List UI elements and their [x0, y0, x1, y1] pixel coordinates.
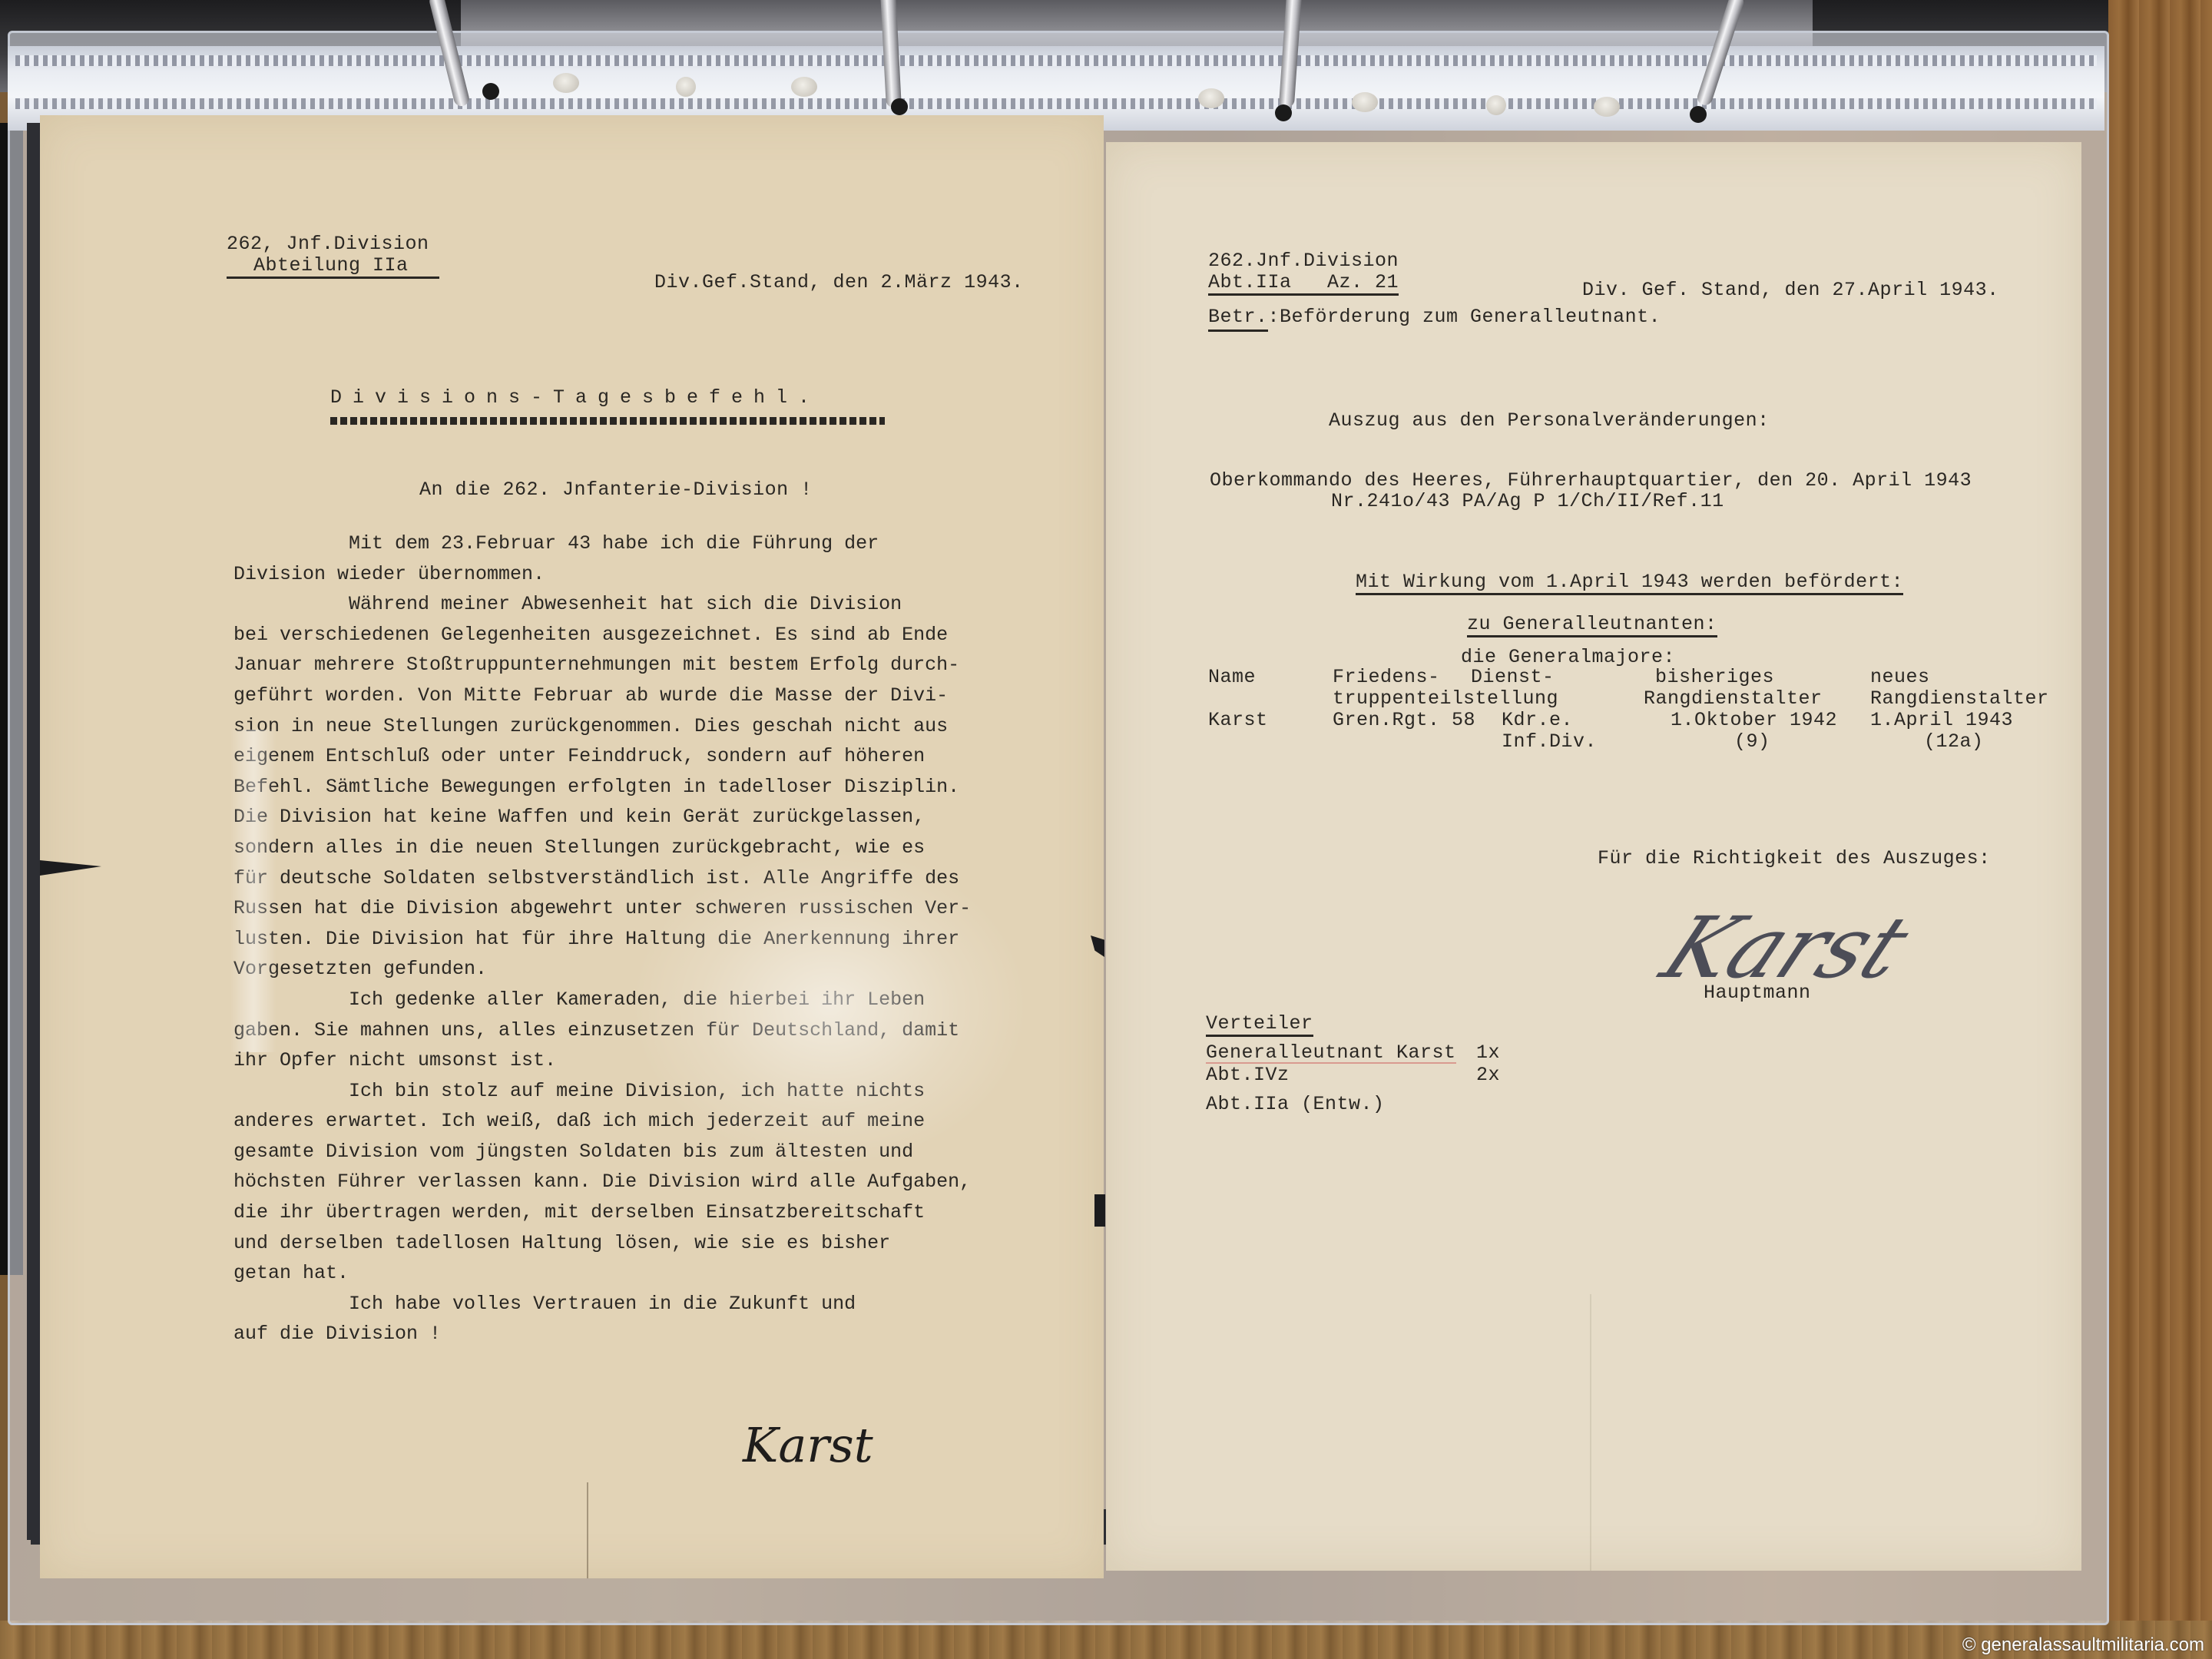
- copyright-watermark: © generalassaultmilitaria.com: [1962, 1634, 2204, 1656]
- punch-hole: [1486, 95, 1506, 115]
- body-line: Ich gedenke aller Kameraden, die hierbei…: [233, 985, 971, 1015]
- binder-ring-tip: [891, 98, 908, 115]
- col-header-prev-seniority-1: bisheriges: [1655, 667, 1774, 687]
- title-double-underline: [330, 417, 885, 425]
- signer-rank: Hauptmann: [1704, 983, 1811, 1002]
- cell-position-2: Inf.Div.: [1502, 732, 1597, 751]
- body-line: Ich habe volles Vertrauen in die Zukunft…: [233, 1289, 971, 1320]
- unit-header: 262, Jnf.Division: [227, 234, 429, 253]
- wooden-table-bottom: [0, 1621, 2212, 1659]
- body-line: getan hat.: [233, 1258, 971, 1289]
- body-line: die ihr übertragen werden, mit derselben…: [233, 1197, 971, 1228]
- body-line: Befehl. Sämtliche Bewegungen erfolgten i…: [233, 772, 971, 803]
- col-header-prev-seniority-2: Rangdienstalter: [1644, 689, 1823, 708]
- sleeve-weld-line-bottom: [15, 98, 2097, 109]
- distribution-recipient: Abt.IVz: [1206, 1065, 1290, 1084]
- document-befoerderung: 262.Jnf.Division Abt.IIa Az. 21 Div. Gef…: [1106, 142, 2081, 1571]
- body-line: anderes erwartet. Ich weiß, daß ich mich…: [233, 1106, 971, 1137]
- punch-hole: [676, 77, 696, 97]
- cell-unit: Gren.Rgt. 58: [1333, 710, 1475, 730]
- paper-tear: [1094, 1194, 1105, 1227]
- department-header: Abteilung IIa: [227, 256, 439, 279]
- punch-hole: [1352, 92, 1378, 112]
- punch-hole: [1198, 88, 1224, 108]
- body-line: Während meiner Abwesenheit hat sich die …: [233, 589, 971, 620]
- sleeve-weld-line-top: [15, 55, 2097, 66]
- cell-prev-seniority: 1.Oktober 1942: [1671, 710, 1837, 730]
- authority-line-1: Oberkommando des Heeres, Führerhauptquar…: [1210, 471, 1972, 490]
- body-line: gesamte Division vom jüngsten Soldaten b…: [233, 1137, 971, 1167]
- body-line: eigenem Entschluß oder unter Feinddruck,…: [233, 741, 971, 772]
- department-header: Abt.IIa Az. 21: [1208, 273, 1399, 296]
- body-line: Mit dem 23.Februar 43 habe ich die Führu…: [233, 528, 971, 559]
- subject-text: :Beförderung zum Generalleutnant.: [1268, 306, 1661, 328]
- body-line: auf die Division !: [233, 1319, 971, 1349]
- cell-position-1: Kdr.e.: [1502, 710, 1573, 730]
- col-header-position-2: stellung: [1463, 689, 1558, 708]
- cell-name: Karst: [1208, 710, 1268, 730]
- body-line: sondern alles in die neuen Stellungen zu…: [233, 833, 971, 863]
- wooden-table-right: [2108, 0, 2212, 1659]
- body-line: Vorgesetzten gefunden.: [233, 954, 971, 985]
- body-line: lusten. Die Division hat für ihre Haltun…: [233, 924, 971, 955]
- effective-date-line: Mit Wirkung vom 1.April 1943 werden befö…: [1356, 572, 1903, 595]
- body-line: höchsten Führer verlassen kann. Die Divi…: [233, 1167, 971, 1197]
- paper-fold-line: [587, 1482, 588, 1578]
- subject-label: Betr.: [1208, 306, 1268, 332]
- col-header-new-seniority-2: Rangdienstalter: [1870, 689, 2049, 708]
- subject-line: Betr.:Beförderung zum Generalleutnant.: [1208, 307, 1661, 326]
- body-line: Russen hat die Division abgewehrt unter …: [233, 893, 971, 924]
- place-date: Div. Gef. Stand, den 27.April 1943.: [1582, 280, 1999, 300]
- col-header-position-1: Dienst-: [1471, 667, 1555, 687]
- body-line: Januar mehrere Stoßtruppunternehmungen m…: [233, 650, 971, 680]
- distribution-recipient: Generalleutnant Karst: [1206, 1043, 1456, 1064]
- body-line: Ich bin stolz auf meine Division, ich ha…: [233, 1076, 971, 1107]
- col-header-unit-2: truppenteil: [1333, 689, 1464, 708]
- body-line: und derselben tadellosen Haltung lösen, …: [233, 1228, 971, 1259]
- punch-hole: [1594, 97, 1620, 117]
- col-header-new-seniority-1: neues: [1870, 667, 1930, 687]
- certification-line: Für die Richtigkeit des Auszuges:: [1598, 849, 1991, 868]
- salutation: An die 262. Jnfanterie-Division !: [419, 480, 813, 499]
- cell-new-seniority-number: (12a): [1924, 732, 1984, 751]
- body-line: geführt worden. Von Mitte Februar ab wur…: [233, 680, 971, 711]
- document-divisions-tagesbefehl: 262, Jnf.Division Abteilung IIa Div.Gef.…: [40, 115, 1104, 1578]
- binder-ring-tip: [482, 83, 499, 100]
- body-line: bei verschiedenen Gelegenheiten ausgezei…: [233, 620, 971, 651]
- body-line: sion in neue Stellungen zurückgenommen. …: [233, 711, 971, 742]
- body-line: ihr Opfer nicht umsonst ist.: [233, 1045, 971, 1076]
- document-title: Divisions-Tagesbefehl.: [330, 388, 820, 407]
- rank-from: die Generalmajore:: [1461, 647, 1675, 667]
- rank-to: zu Generalleutnanten:: [1467, 614, 1717, 637]
- body-line: für deutsche Soldaten selbstverständlich…: [233, 863, 971, 894]
- punch-hole: [791, 77, 817, 97]
- extract-title: Auszug aus den Personalveränderungen:: [1329, 411, 1770, 430]
- body-line: Die Division hat keine Waffen und kein G…: [233, 802, 971, 833]
- binder-ring-tip: [1690, 106, 1707, 123]
- distribution-title: Verteiler: [1206, 1014, 1313, 1037]
- signature-karst: Karst: [743, 1417, 873, 1473]
- place-date: Div.Gef.Stand, den 2.März 1943.: [654, 273, 1024, 292]
- unit-header: 262.Jnf.Division: [1208, 251, 1399, 270]
- col-header-unit-1: Friedens-: [1333, 667, 1440, 687]
- col-header-name: Name: [1208, 667, 1256, 687]
- authority-line-2: Nr.241o/43 PA/Ag P 1/Ch/II/Ref.11: [1331, 492, 1724, 511]
- punch-hole: [553, 73, 579, 93]
- cell-new-seniority: 1.April 1943: [1870, 710, 2013, 730]
- order-body-text: Mit dem 23.Februar 43 habe ich die Führu…: [233, 528, 971, 1349]
- body-line: Division wieder übernommen.: [233, 559, 971, 590]
- binder-ring-tip: [1275, 104, 1292, 121]
- cell-prev-seniority-number: (9): [1734, 732, 1770, 751]
- distribution-copies: 1x: [1476, 1043, 1500, 1062]
- distribution-copies: 2x: [1476, 1065, 1500, 1084]
- body-line: gaben. Sie mahnen uns, alles einzusetzen…: [233, 1015, 971, 1046]
- paper-fold-line: [1590, 1294, 1591, 1571]
- distribution-recipient: Abt.IIa (Entw.): [1206, 1094, 1385, 1114]
